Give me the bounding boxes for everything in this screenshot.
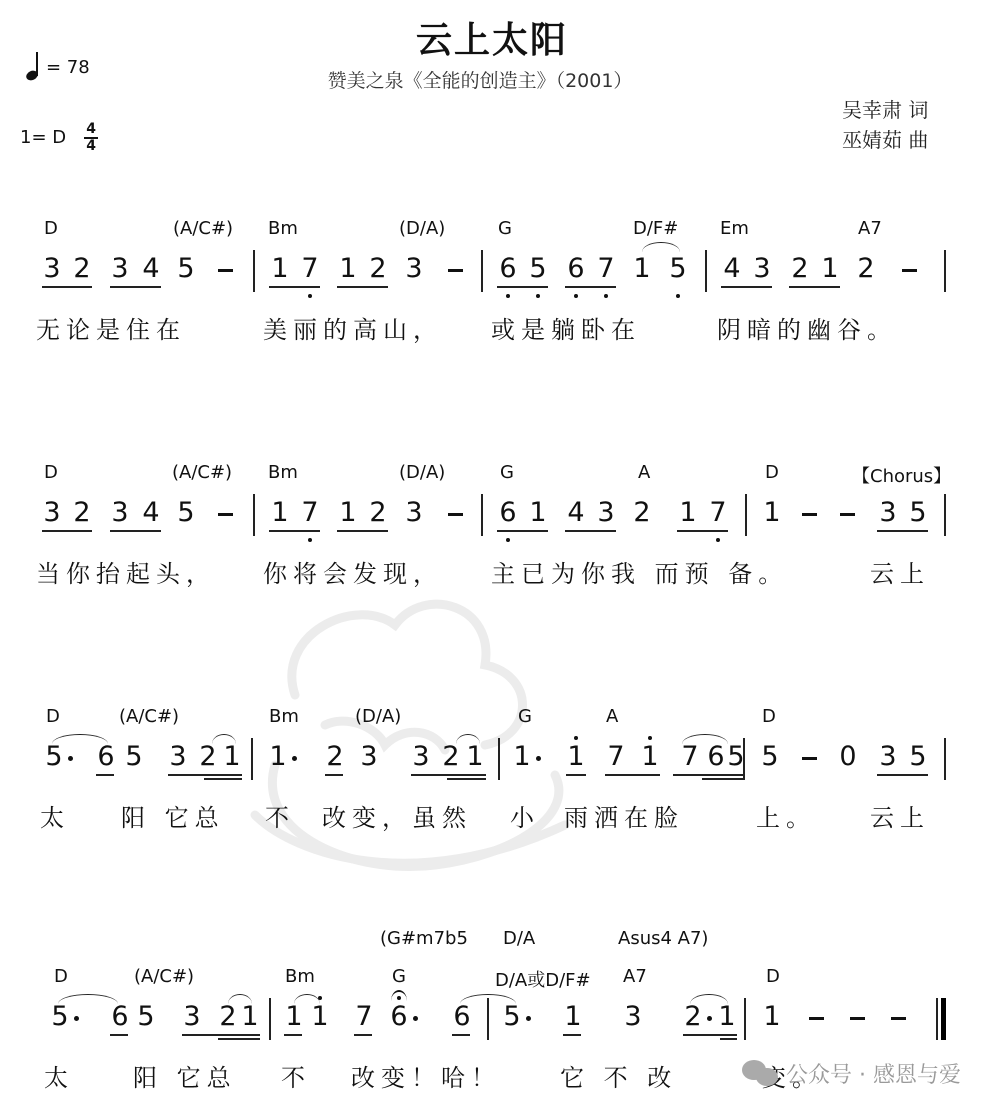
note: 1 <box>268 742 288 772</box>
chord-symbol-alt: Asus4 A7) <box>618 928 708 949</box>
note: 5 <box>908 498 928 528</box>
note: 5 <box>760 742 780 772</box>
beam-underline <box>168 774 242 776</box>
note: 7 <box>680 742 700 772</box>
augmentation-dot <box>707 1016 712 1021</box>
note: 2 <box>72 498 92 528</box>
barline <box>253 250 255 292</box>
high-octave-dot <box>574 736 578 740</box>
fermata-dot <box>397 996 401 1000</box>
slur-tie <box>212 734 236 744</box>
chord-symbol: Bm <box>285 966 315 987</box>
note: 3 <box>42 498 62 528</box>
note: 1 <box>528 498 548 528</box>
watermark: 公众号 · 感恩与爱 <box>742 1058 961 1089</box>
composer-credit: 巫婧茹 曲 <box>842 124 928 153</box>
augmentation-dot <box>536 756 541 761</box>
note: 1 <box>640 742 660 772</box>
low-octave-dot <box>574 294 578 298</box>
chord-symbol: A <box>606 706 618 727</box>
final-barline-thick <box>941 998 946 1040</box>
note: 1 <box>512 742 532 772</box>
lyric-text: 小 <box>510 798 540 833</box>
lyric-text: 你将会发现， <box>263 554 443 589</box>
chord-symbol: 【Chorus】 <box>852 462 951 488</box>
note: 4 <box>141 254 161 284</box>
note: 1 <box>563 1002 583 1032</box>
final-barline-thin <box>936 998 938 1040</box>
slur-tie <box>228 994 252 1004</box>
lyricist-credit: 吴幸肃 词 <box>842 94 928 123</box>
note: 1 <box>820 254 840 284</box>
note: 2 <box>441 742 461 772</box>
augmentation-dot <box>68 756 73 761</box>
note: 5 <box>44 742 64 772</box>
beam-underline <box>42 530 92 532</box>
sustain-dash <box>802 513 817 516</box>
note: 0 <box>838 742 858 772</box>
note: 2 <box>632 498 652 528</box>
beam-underline <box>721 286 772 288</box>
low-octave-dot <box>676 294 680 298</box>
chord-symbol: A7 <box>623 966 647 987</box>
chord-symbol: (A/C#) <box>172 462 232 483</box>
chord-symbol: G <box>392 966 406 987</box>
note: 5 <box>50 1002 70 1032</box>
beam-underline <box>182 1034 260 1036</box>
beam-underline <box>337 286 388 288</box>
note: 6 <box>452 1002 472 1032</box>
lyric-text: 阳 它总 <box>121 798 225 833</box>
time-signature: 4 4 <box>84 122 98 154</box>
key-label: 1= D <box>20 127 66 148</box>
note: 1 <box>310 1002 330 1032</box>
note: 6 <box>110 1002 130 1032</box>
chord-symbol: Bm <box>268 218 298 239</box>
chord-symbol: (A/C#) <box>173 218 233 239</box>
beam-underline <box>565 530 616 532</box>
beam-underline <box>411 774 486 776</box>
lyric-text: 无论是住在 <box>36 310 186 345</box>
note: 3 <box>168 742 188 772</box>
lyric-text: 太 <box>44 1058 74 1093</box>
note: 1 <box>717 1002 737 1032</box>
slur-tie <box>52 734 108 744</box>
beam-underline <box>683 1034 737 1036</box>
note: 5 <box>668 254 688 284</box>
note: 3 <box>110 254 130 284</box>
lyric-text: 或是躺卧在 <box>491 310 641 345</box>
note: 3 <box>878 742 898 772</box>
barline <box>251 738 253 780</box>
note: 5 <box>908 742 928 772</box>
note: 2 <box>683 1002 703 1032</box>
time-sig-bottom: 4 <box>86 139 96 154</box>
note: 3 <box>878 498 898 528</box>
slur-tie <box>58 994 118 1004</box>
slur-tie <box>682 734 728 744</box>
note: 3 <box>110 498 130 528</box>
key-signature: 1= D 4 4 <box>20 122 98 154</box>
lyric-text: 当你抬起头， <box>36 554 216 589</box>
lyric-text: 不 <box>281 1058 311 1093</box>
beam-underline <box>497 286 548 288</box>
beam-underline <box>204 778 242 780</box>
barline <box>481 250 483 292</box>
low-octave-dot <box>604 294 608 298</box>
note: 1 <box>270 498 290 528</box>
note: 2 <box>790 254 810 284</box>
beam-underline <box>447 778 486 780</box>
chord-symbol: G <box>518 706 532 727</box>
note: 6 <box>706 742 726 772</box>
note: 3 <box>752 254 772 284</box>
slur-tie <box>456 734 480 744</box>
beam-underline <box>877 530 928 532</box>
chord-symbol-alt: D/A <box>503 928 535 949</box>
chord-symbol: D <box>44 462 58 483</box>
watermark-text: 公众号 · 感恩与爱 <box>786 1058 961 1089</box>
chord-symbol: D <box>766 966 780 987</box>
chord-symbol: (A/C#) <box>134 966 194 987</box>
note: 7 <box>300 498 320 528</box>
augmentation-dot <box>74 1016 79 1021</box>
beam-underline <box>497 530 548 532</box>
beam-underline <box>110 1034 128 1036</box>
chord-symbol: D/A或D/F# <box>495 966 591 992</box>
barline <box>944 250 946 292</box>
beam-underline <box>269 286 320 288</box>
low-octave-dot <box>308 294 312 298</box>
chord-symbol: D <box>44 218 58 239</box>
note: 1 <box>338 498 358 528</box>
beam-underline <box>673 774 745 776</box>
lyric-text: 改变，虽然 <box>322 798 472 833</box>
background-sketch-icon <box>235 575 595 905</box>
note: 6 <box>389 1002 409 1032</box>
slur-tie <box>690 994 728 1004</box>
chord-symbol-alt: (G#m7b5 <box>380 928 468 949</box>
beam-underline <box>325 774 343 776</box>
slur-tie <box>642 242 680 252</box>
note: 7 <box>354 1002 374 1032</box>
note: 3 <box>411 742 431 772</box>
beam-underline <box>565 286 616 288</box>
note: 1 <box>762 498 782 528</box>
augmentation-dot <box>292 756 297 761</box>
wechat-icon <box>742 1060 780 1088</box>
chord-symbol: G <box>500 462 514 483</box>
note: 1 <box>240 1002 260 1032</box>
slur-tie <box>294 994 320 1004</box>
note: 7 <box>708 498 728 528</box>
chord-symbol: G <box>498 218 512 239</box>
note: 5 <box>502 1002 522 1032</box>
beam-underline <box>720 1038 737 1040</box>
sustain-dash <box>448 513 463 516</box>
chord-symbol: (D/A) <box>399 218 445 239</box>
beam-underline <box>269 530 320 532</box>
note: 5 <box>176 254 196 284</box>
chord-symbol: Bm <box>269 706 299 727</box>
barline <box>487 998 489 1040</box>
note: 3 <box>623 1002 643 1032</box>
lyric-text: 上。 <box>756 798 816 833</box>
beam-underline <box>566 774 586 776</box>
lyric-text: 云上 <box>870 554 930 589</box>
chord-symbol: (D/A) <box>399 462 445 483</box>
note: 2 <box>368 254 388 284</box>
sustain-dash <box>850 1017 865 1020</box>
note: 2 <box>856 254 876 284</box>
beam-underline <box>702 778 745 780</box>
barline <box>743 738 745 780</box>
chord-symbol: D <box>46 706 60 727</box>
note: 4 <box>722 254 742 284</box>
sustain-dash <box>840 513 855 516</box>
beam-underline <box>284 1034 302 1036</box>
lyric-text: 主已为你我 而预 备。 <box>491 554 788 589</box>
barline <box>705 250 707 292</box>
note: 3 <box>404 498 424 528</box>
lyric-text: 美丽的高山， <box>263 310 443 345</box>
note: 1 <box>222 742 242 772</box>
beam-underline <box>96 774 114 776</box>
augmentation-dot <box>413 1016 418 1021</box>
note: 1 <box>762 1002 782 1032</box>
lyric-text: 阳 它总 <box>133 1058 237 1093</box>
beam-underline <box>789 286 840 288</box>
sustain-dash <box>802 757 817 760</box>
time-sig-top: 4 <box>86 122 96 137</box>
beam-underline <box>110 286 161 288</box>
barline <box>498 738 500 780</box>
sustain-dash <box>902 269 917 272</box>
tempo-marking: = 78 <box>24 52 90 82</box>
barline <box>944 494 946 536</box>
note: 2 <box>325 742 345 772</box>
beam-underline <box>110 530 161 532</box>
note: 1 <box>338 254 358 284</box>
beam-underline <box>563 1034 581 1036</box>
note: 3 <box>359 742 379 772</box>
note: 5 <box>124 742 144 772</box>
lyric-text: 阴暗的幽谷。 <box>717 310 897 345</box>
barline <box>744 998 746 1040</box>
barline <box>481 494 483 536</box>
beam-underline <box>218 1038 260 1040</box>
note: 1 <box>678 498 698 528</box>
note: 6 <box>96 742 116 772</box>
lyric-text: 它 不 改 <box>560 1058 677 1093</box>
note: 4 <box>141 498 161 528</box>
note: 7 <box>596 254 616 284</box>
barline <box>944 738 946 780</box>
lyric-text: 不 <box>265 798 295 833</box>
low-octave-dot <box>506 538 510 542</box>
note: 6 <box>498 498 518 528</box>
barline <box>269 998 271 1040</box>
lyric-text: 雨洒在脸 <box>564 798 684 833</box>
note: 1 <box>270 254 290 284</box>
sustain-dash <box>218 513 233 516</box>
note: 2 <box>368 498 388 528</box>
note: 1 <box>632 254 652 284</box>
chord-symbol: D <box>54 966 68 987</box>
note: 1 <box>284 1002 304 1032</box>
high-octave-dot <box>648 736 652 740</box>
tempo-value: = 78 <box>46 57 90 78</box>
chord-symbol: A7 <box>858 218 882 239</box>
beam-underline <box>677 530 728 532</box>
note: 6 <box>498 254 518 284</box>
sustain-dash <box>809 1017 824 1020</box>
chord-symbol: D/F# <box>633 218 678 239</box>
barline <box>253 494 255 536</box>
low-octave-dot <box>716 538 720 542</box>
low-octave-dot <box>308 538 312 542</box>
note: 3 <box>404 254 424 284</box>
lyric-text: 改变！哈！ <box>351 1058 501 1093</box>
note: 3 <box>182 1002 202 1032</box>
song-title: 云上太阳 <box>0 12 984 63</box>
note: 3 <box>596 498 616 528</box>
note: 7 <box>300 254 320 284</box>
chord-symbol: (D/A) <box>355 706 401 727</box>
beam-underline <box>337 530 388 532</box>
beam-underline <box>354 1034 372 1036</box>
album-subtitle: 赞美之泉《全能的创造主》（2001） <box>0 66 960 93</box>
beam-underline <box>42 286 92 288</box>
note: 5 <box>176 498 196 528</box>
note: 3 <box>42 254 62 284</box>
sustain-dash <box>891 1017 906 1020</box>
note: 5 <box>136 1002 156 1032</box>
note: 7 <box>606 742 626 772</box>
chord-symbol: D <box>762 706 776 727</box>
note: 1 <box>566 742 586 772</box>
note: 5 <box>528 254 548 284</box>
chord-symbol: Em <box>720 218 749 239</box>
chord-symbol: (A/C#) <box>119 706 179 727</box>
beam-underline <box>877 774 928 776</box>
lyric-text: 太 <box>40 798 70 833</box>
sustain-dash <box>218 269 233 272</box>
lyric-text: 云上 <box>870 798 930 833</box>
note: 4 <box>566 498 586 528</box>
quarter-note-icon <box>24 52 40 82</box>
note: 2 <box>218 1002 238 1032</box>
sustain-dash <box>448 269 463 272</box>
low-octave-dot <box>536 294 540 298</box>
barline <box>745 494 747 536</box>
note: 1 <box>465 742 485 772</box>
chord-symbol: A <box>638 462 650 483</box>
augmentation-dot <box>526 1016 531 1021</box>
note: 6 <box>566 254 586 284</box>
chord-symbol: Bm <box>268 462 298 483</box>
low-octave-dot <box>506 294 510 298</box>
beam-underline <box>452 1034 470 1036</box>
note: 2 <box>72 254 92 284</box>
note: 2 <box>198 742 218 772</box>
chord-symbol: D <box>765 462 779 483</box>
beam-underline <box>605 774 660 776</box>
